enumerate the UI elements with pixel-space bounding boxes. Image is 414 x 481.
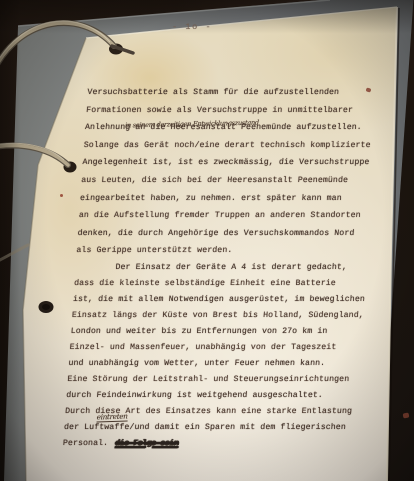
typed-line: Angelegenheit ist, ist es zweckmässig, d… <box>82 154 407 172</box>
red-ink-mark <box>403 412 410 418</box>
typed-line: Der Einsatz der Geräte A 4 ist derart ge… <box>75 260 400 276</box>
document-photo: - 1o - Versuchsbatterie als Stamm für di… <box>0 0 414 481</box>
typed-line: und unabhängig vom Wetter, unter Feuer n… <box>68 356 393 372</box>
typed-line: aus Leuten, die sich bei der Heeresansta… <box>81 172 406 190</box>
typed-line: denken, die durch Angehörige des Versuch… <box>77 225 402 243</box>
red-ink-mark <box>60 194 63 197</box>
typed-line: ist, die mit allem Notwendigen ausgerüst… <box>72 292 397 308</box>
typed-line: Formationen sowie als Versuchstruppe in … <box>86 102 411 120</box>
typed-line: Einzel- und Massenfeuer, unabhängig von … <box>69 340 394 356</box>
typed-line: Solange das Gerät noch/eine derart techn… <box>83 137 408 155</box>
typewritten-text: Versuchsbatterie als Stamm für die aufzu… <box>62 84 412 452</box>
typed-line: durch Feindeinwirkung ist weitgehend aus… <box>66 388 391 404</box>
typed-line: dass die kleinste selbständige Einheit e… <box>73 276 398 292</box>
typed-line: als Gerippe unterstützt werden. <box>76 242 401 260</box>
final-line-text: Personal. <box>63 439 109 448</box>
typed-line: an die Aufstellung fremder Truppen an an… <box>78 207 403 225</box>
struck-out-text: die Folge sein <box>115 439 179 448</box>
typed-line: Einsatz längs der Küste von Brest bis Ho… <box>71 308 396 324</box>
typed-line: Eine Störung der Leitstrahl- und Steueru… <box>67 372 392 388</box>
typed-line: Versuchsbatterie als Stamm für die aufzu… <box>87 84 412 102</box>
typed-line: London und weiter bis zu Entfernungen vo… <box>70 324 395 340</box>
typed-line-final: Personal.die Folge sein <box>62 436 387 452</box>
page-number: - 1o - <box>172 22 212 32</box>
typed-line: eingearbeitet haben, zu nehmen. erst spä… <box>79 190 404 208</box>
paragraph-2: Der Einsatz der Geräte A 4 ist derart ge… <box>62 260 399 452</box>
handwritten-insertion-bottom: eintreten <box>97 411 128 422</box>
typed-line: der Luftwaffe/und damit ein Sparen mit d… <box>63 420 388 436</box>
paragraph-1: Versuchsbatterie als Stamm für die aufzu… <box>76 84 412 260</box>
